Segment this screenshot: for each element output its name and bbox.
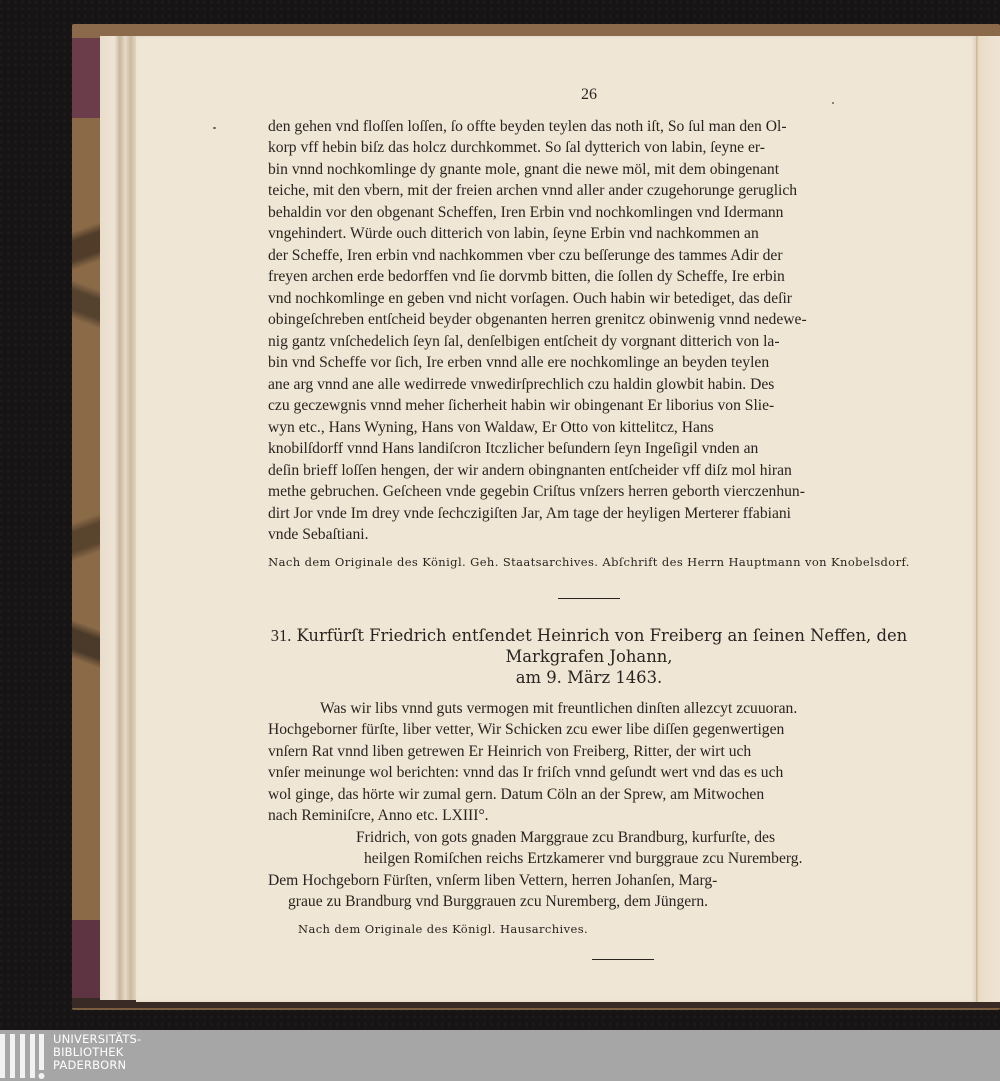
signature-line: Fridrich, von gots gnaden Marggraue zcu … (268, 827, 910, 849)
source-note-1: Nach dem Originale des Königl. Geh. Staa… (268, 554, 910, 570)
text-line: czu geczewgnis vnnd meher ſicherheit hab… (268, 395, 910, 417)
text-line: wol ginge, das hörte wir zumal gern. Dat… (268, 784, 910, 806)
section-divider (592, 959, 654, 960)
text-line: obingeſchreben entſcheid beyder obgenant… (268, 309, 910, 331)
text-line: deſin brieff loſſen hengen, der wir ande… (268, 460, 910, 482)
page-content: 26 den gehen vnd floſſen loſſen, ſo offt… (268, 84, 910, 960)
text-line: vnſer meinunge wol berichten: vnnd das I… (268, 762, 910, 784)
library-logo-icon (0, 1032, 50, 1080)
text-line: Was wir libs vnnd guts vermogen mit freu… (268, 698, 910, 720)
address-line: graue zu Brandburg vnd Burggrauen zcu Nu… (268, 891, 910, 913)
page-number: 26 (268, 84, 910, 106)
text-line: behaldin vor den obgenant Scheffen, Iren… (268, 202, 910, 224)
library-name-line-3: PADERBORN (53, 1059, 141, 1072)
text-line: bin vnd Scheffe vor ſich, Ire erben vnnd… (268, 352, 910, 374)
marbled-cover-edge (72, 38, 100, 998)
text-line: nach Reminiſcre, Anno etc. LXIII°. (268, 805, 910, 827)
heading-line-1: Kurfürſt Friedrich entſendet Heinrich vo… (297, 626, 908, 666)
text-line: vnſern Rat vnnd liben getrewen Er Heinri… (268, 741, 910, 763)
leather-corner-top (72, 38, 100, 118)
text-line: ane arg vnnd ane alle wedirrede vnwedirſ… (268, 374, 910, 396)
text-line: korp vff hebin biſz das holcz durchkomme… (268, 137, 910, 159)
text-line: knobilſdorff vnnd Hans landiſcron Itczli… (268, 438, 910, 460)
document-number: 31. (271, 626, 292, 645)
text-line: den gehen vnd floſſen loſſen, ſo offte b… (268, 116, 910, 138)
address-line: Dem Hochgeborn Fürſten, vnſerm liben Vet… (268, 870, 910, 892)
document-2-heading: 31. Kurfürſt Friedrich entſendet Heinric… (268, 625, 910, 688)
page-stack-right (976, 36, 1000, 1002)
document-2-text: Was wir libs vnnd guts vermogen mit freu… (268, 698, 910, 913)
text-line: bin vnnd nochkomlinge dy gnante mole, gn… (268, 159, 910, 181)
text-line: dirt Jor vnde Im drey vnde ſechczigiſten… (268, 503, 910, 525)
page-stack-left (100, 36, 136, 1000)
text-line: methe gebruchen. Geſcheen vnde gegebin C… (268, 481, 910, 503)
text-line: Hochgeborner fürſte, liber vetter, Wir S… (268, 719, 910, 741)
source-note-2: Nach dem Originale des Königl. Hausarchi… (268, 921, 910, 937)
document-1-text: den gehen vnd floſſen loſſen, ſo offte b… (268, 116, 910, 546)
text-line: der Scheffe, Iren erbin vnd nachkommen v… (268, 245, 910, 267)
text-line: freyen archen erde bedorffen vnd ſie dor… (268, 266, 910, 288)
paper-speck (213, 127, 216, 129)
leather-corner-bottom (72, 920, 100, 1000)
text-line: teiche, mit den vbern, mit der freien ar… (268, 180, 910, 202)
library-footer-bar (0, 1030, 1000, 1081)
heading-line-2: am 9. März 1463. (516, 668, 663, 687)
text-line: nig gantz vnſchedelich ſeyn ſal, denſelb… (268, 331, 910, 353)
text-line: vnde Sebaſtiani. (268, 524, 910, 546)
text-line: vngehindert. Würde ouch ditterich von la… (268, 223, 910, 245)
text-line: vnd nochkomlinge en geben vnd nicht vorſ… (268, 288, 910, 310)
signature-line: heilgen Romiſchen reichs Ertzkamerer vnd… (268, 848, 910, 870)
library-name: UNIVERSITÄTS- BIBLIOTHEK PADERBORN (53, 1033, 141, 1072)
section-divider (558, 598, 620, 599)
text-line: wyn etc., Hans Wyning, Hans von Waldaw, … (268, 417, 910, 439)
